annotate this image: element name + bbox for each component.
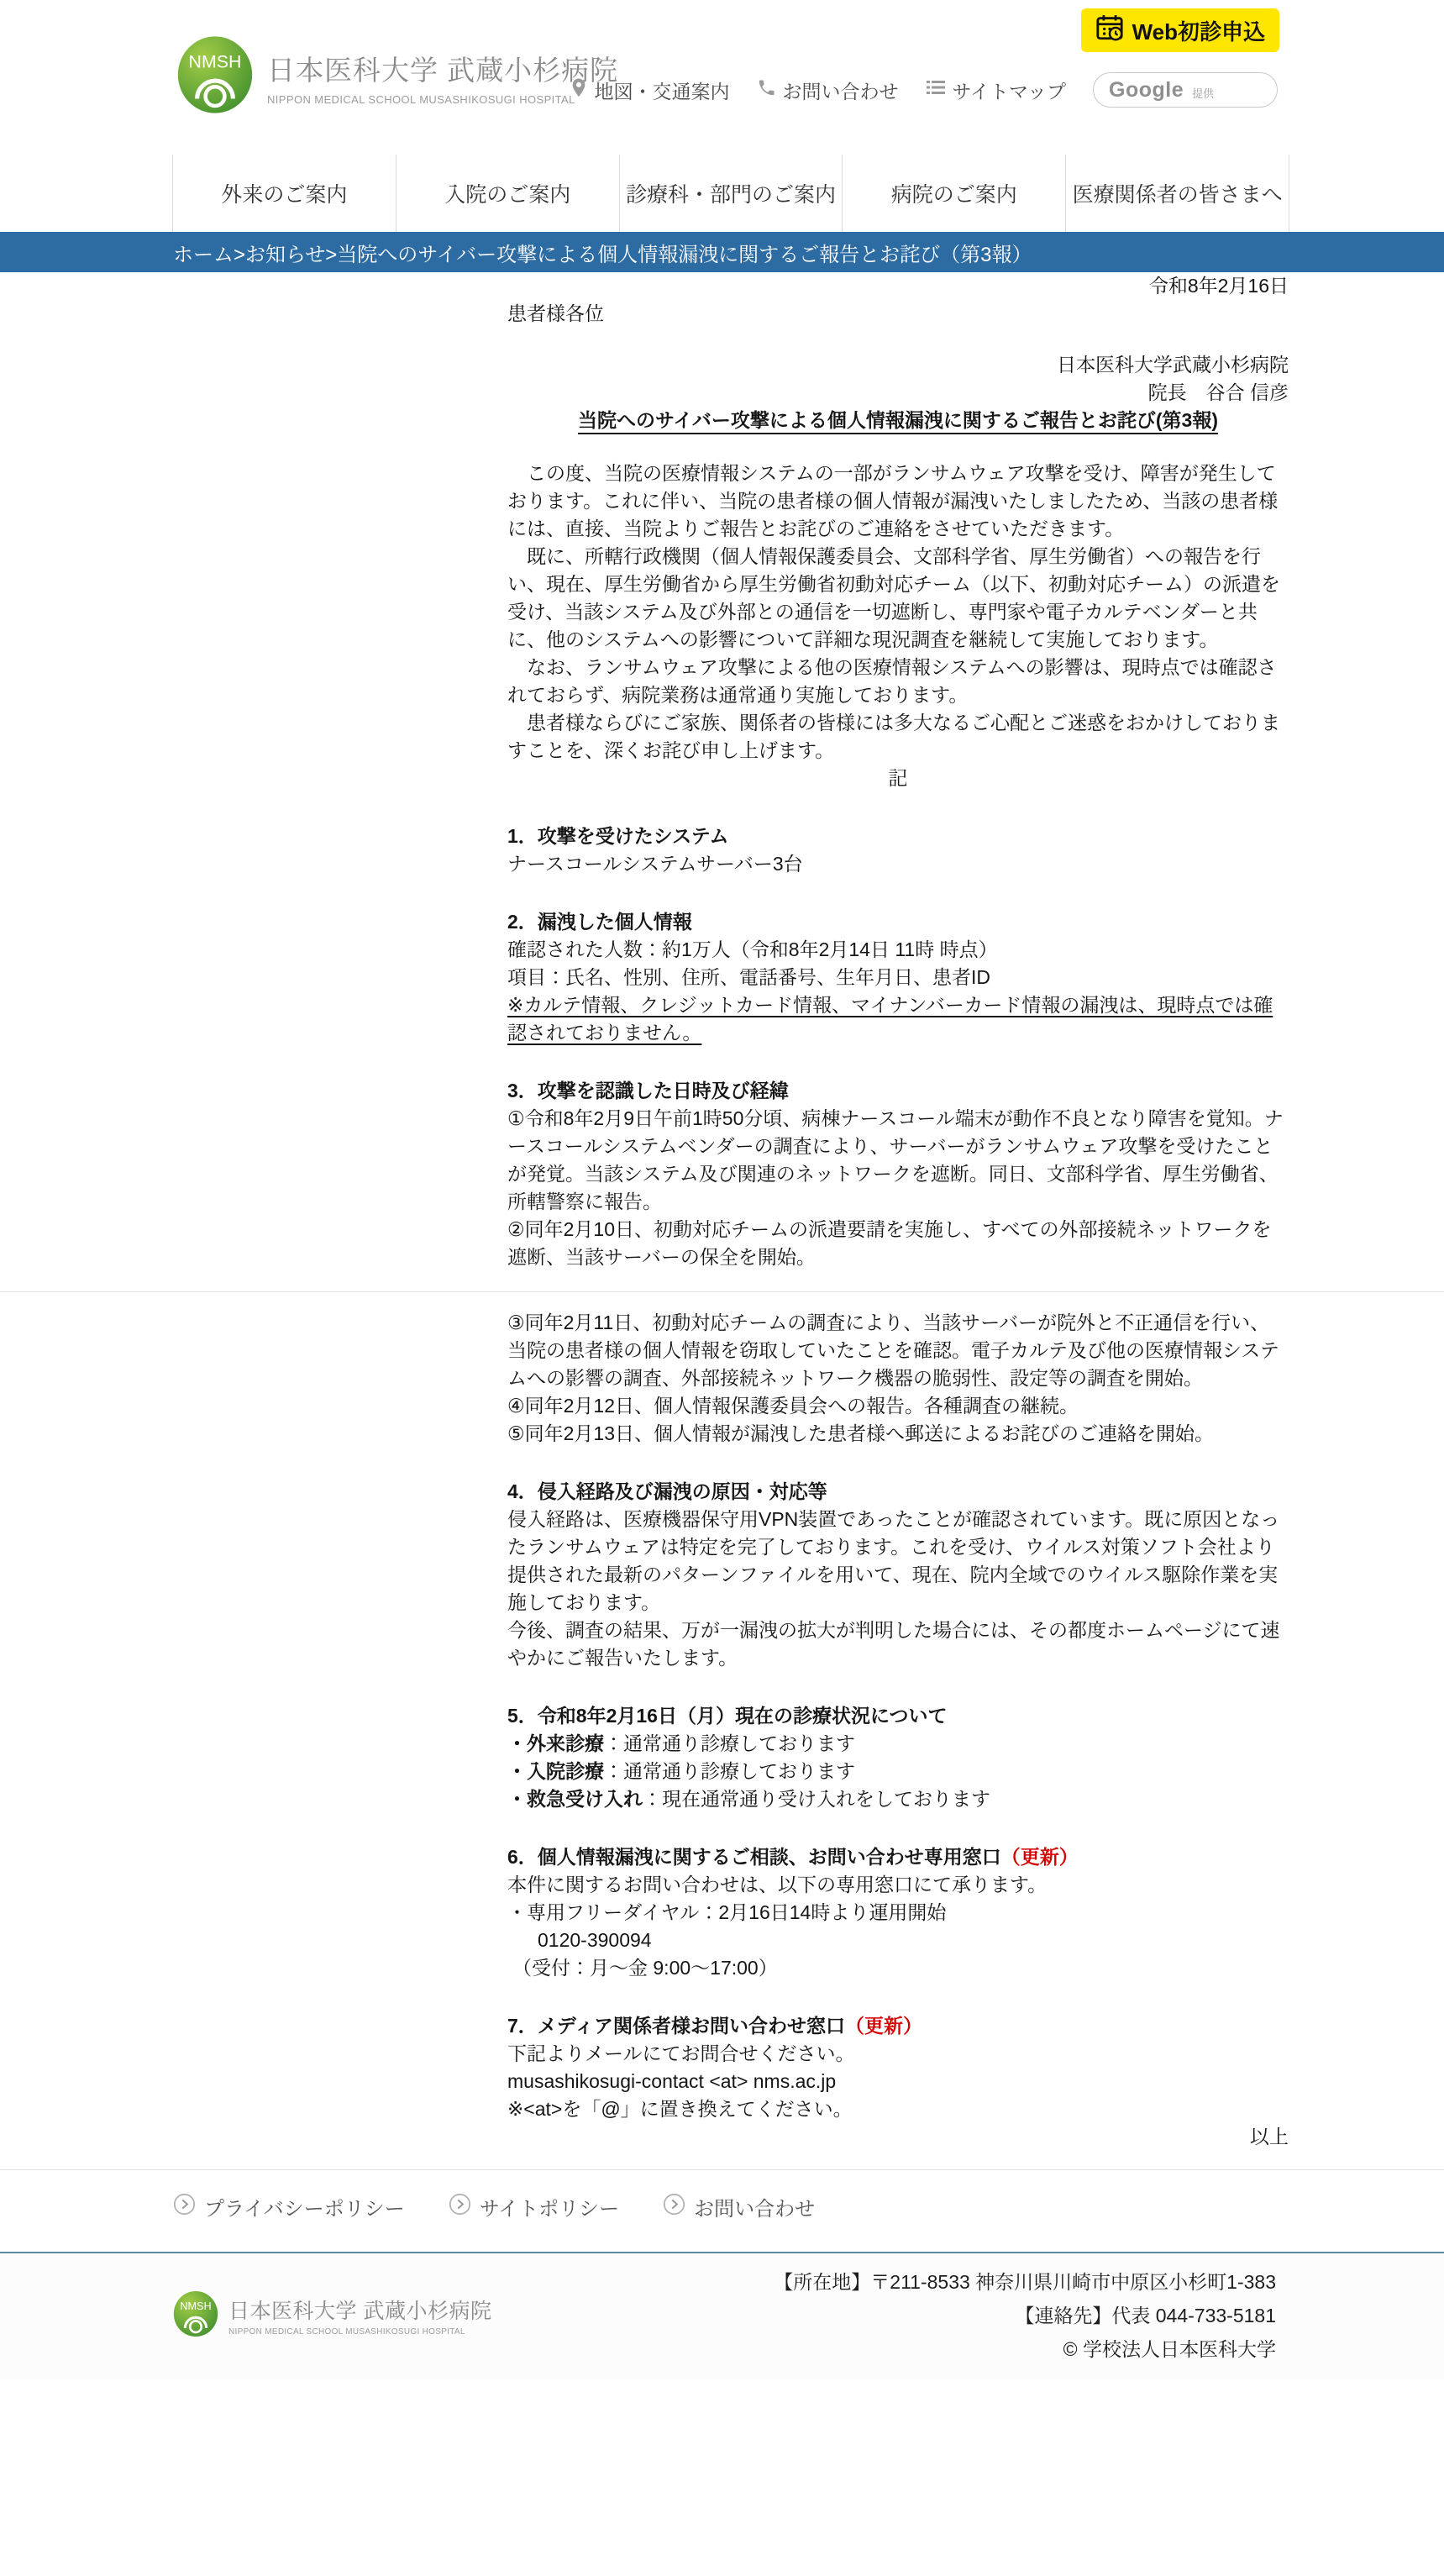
notice-document: 令和8年2月16日 患者様各位 日本医科大学武蔵小杉病院 院長 谷合 信彦 当院… [507,272,1289,1271]
nav-item-medical-professionals[interactable]: 医療関係者の皆さまへ [1065,155,1289,232]
leak-note-underlined: ※カルテ情報、クレジットカード情報、マイナンバーカード情報の漏洩は、現時点では確… [507,991,1289,1047]
footer-link-site-policy[interactable]: サイトポリシー [449,2192,619,2221]
chevron-circle-icon [173,2193,196,2221]
map-pin-icon [570,77,588,103]
list-icon [926,78,946,102]
site-header: NMSH 日本医科大学 武蔵小杉病院 NIPPON MEDICAL SCHOOL… [0,0,1444,155]
nav-item-hospital-info[interactable]: 病院のご案内 [842,155,1065,232]
web-reservation-label: Web初診申込 [1132,15,1265,46]
chevron-circle-icon [663,2193,685,2221]
footer-link-privacy[interactable]: プライバシーポリシー [173,2192,405,2221]
doc-sender-name: 院長 谷合 信彦 [507,379,1289,407]
phone-icon [757,78,776,103]
toll-free-number: 0120-390094 [507,1927,1289,1954]
footer-phone: 【連絡先】代表 044-733-5181 [774,2299,1276,2332]
section-3-heading: 3．攻撃を認識した日時及び経緯 [507,1077,1289,1105]
nav-item-outpatient[interactable]: 外来のご案内 [172,155,396,232]
footer-hospital-name-en: NIPPON MEDICAL SCHOOL MUSASHIKOSUGI HOSP… [228,2327,491,2337]
footer-link-contact[interactable]: お問い合わせ [663,2192,815,2221]
footer-logo[interactable]: NMSH 日本医科大学 武蔵小杉病院 NIPPON MEDICAL SCHOOL… [173,2290,491,2342]
doc-sender-org: 日本医科大学武蔵小杉病院 [507,351,1289,379]
footer-logo-icon: NMSH [173,2290,218,2342]
section-attacked-system: 1．攻撃を受けたシステム ナースコールシステムサーバー3台 [507,823,1289,878]
footer-links: プライバシーポリシー サイトポリシー お問い合わせ [0,2170,1444,2252]
google-search-box[interactable]: Google 提供 [1093,72,1278,108]
main-nav: 外来のご案内 入院のご案内 診療科・部門のご案内 病院のご案内 医療関係者の皆さ… [172,155,1289,232]
intro-paragraph: 既に、所轄行政機関（個人情報保護委員会、文部科学省、厚生労働省）への報告を行い、… [507,543,1289,654]
section-cause-response: 4．侵入経路及び漏洩の原因・対応等 侵入経路は、医療機器保守用VPN装置であった… [507,1478,1289,1672]
section-current-operations: 5．令和8年2月16日（月）現在の診療状況について ・外来診療：通常通り診療して… [507,1702,1289,1813]
nav-item-departments[interactable]: 診療科・部門のご案内 [619,155,843,232]
timeline-item-1: ①令和8年2月9日午前1時50分頃、病棟ナースコール端末が動作不良となり障害を覚… [507,1105,1289,1216]
doc-closing: 以上 [507,2123,1289,2151]
section-5-heading: 5．令和8年2月16日（月）現在の診療状況について [507,1702,1289,1730]
intro-paragraph: なお、ランサムウェア攻撃による他の医療情報システムへの影響は、現時点では確認され… [507,654,1289,709]
hospital-logo[interactable]: NMSH 日本医科大学 武蔵小杉病院 NIPPON MEDICAL SCHOOL… [176,35,618,118]
logo-badge-text: NMSH [189,51,242,71]
quick-link-access[interactable]: 地図・交通案内 [570,76,730,104]
doc-intro: この度、当院の医療情報システムの一部がランサムウェア攻撃を受け、障害が発生してお… [507,460,1289,765]
chevron-circle-icon [449,2193,471,2221]
update-badge: （更新） [845,2015,922,2037]
timeline-item-4: ④同年2月12日、個人情報保護委員会への報告。各種調査の継続。 [507,1392,1289,1420]
section-7-heading: 7．メディア関係者様お問い合わせ窓口（更新） [507,2012,1289,2040]
hospital-name: 日本医科大学 武蔵小杉病院 [267,49,618,88]
calendar-clock-icon [1095,13,1124,48]
section-timeline: 3．攻撃を認識した日時及び経緯 ①令和8年2月9日午前1時50分頃、病棟ナースコ… [507,1077,1289,1271]
ki-marker: 記 [507,765,1289,792]
section-2-heading: 2．漏洩した個人情報 [507,908,1289,936]
web-reservation-button[interactable]: Web初診申込 [1081,8,1279,52]
site-footer: NMSH 日本医科大学 武蔵小杉病院 NIPPON MEDICAL SCHOOL… [0,2252,1444,2379]
doc-title: 当院へのサイバー攻撃による個人情報漏洩に関するご報告とお詫び(第3報) [507,407,1289,434]
google-provided-label: 提供 [1192,80,1214,101]
section-4-heading: 4．侵入経路及び漏洩の原因・対応等 [507,1478,1289,1506]
timeline-item-3: ③同年2月11日、初動対応チームの調査により、当該サーバーが院外と不正通信を行い… [507,1309,1289,1392]
intro-paragraph: この度、当院の医療情報システムの一部がランサムウェア攻撃を受け、障害が発生してお… [507,460,1289,543]
nav-item-admission[interactable]: 入院のご案内 [396,155,619,232]
section-leaked-info: 2．漏洩した個人情報 確認された人数：約1万人（令和8年2月14日 11時 時点… [507,908,1289,1047]
section-1-heading: 1．攻撃を受けたシステム [507,823,1289,850]
reception-hours: （受付：月～金 9:00～17:00） [507,1954,1289,1982]
section-inquiry-desk: 6．個人情報漏洩に関するご相談、お問い合わせ専用窓口（更新） 本件に関するお問い… [507,1843,1289,1982]
doc-date: 令和8年2月16日 [507,272,1289,300]
footer-logo-badge-text: NMSH [180,2300,211,2311]
quick-link-contact[interactable]: お問い合わせ [757,76,899,104]
timeline-item-5: ⑤同年2月13日、個人情報が漏洩した患者様へ郵送によるお詫びのご連絡を開始。 [507,1420,1289,1448]
quick-link-sitemap[interactable]: サイトマップ [926,76,1066,104]
footer-hospital-name: 日本医科大学 武蔵小杉病院 [228,2295,491,2325]
update-badge: （更新） [1001,1846,1079,1868]
section-media-inquiry: 7．メディア関係者様お問い合わせ窓口（更新） 下記よりメールにてお問合せください… [507,2012,1289,2123]
contact-email: musashikosugi-contact <at> nms.ac.jp [507,2068,1289,2095]
intro-paragraph: 患者様ならびにご家族、関係者の皆様には多大なるご心配とご迷惑をおかけしております… [507,709,1289,765]
breadcrumb[interactable]: ホーム>お知らせ>当院へのサイバー攻撃による個人情報漏洩に関するご報告とお詫び（… [0,232,1444,272]
footer-address: 【所在地】〒211-8533 神奈川県川崎市中原区小杉町1-383 [774,2265,1276,2299]
footer-copyright: © 学校法人日本医科大学 [774,2332,1276,2366]
hospital-name-en: NIPPON MEDICAL SCHOOL MUSASHIKOSUGI HOSP… [267,93,618,106]
doc-salutation: 患者様各位 [507,300,1289,328]
header-quick-links: 地図・交通案内 お問い合わせ サイトマップ [570,72,1278,108]
timeline-item-2: ②同年2月10日、初動対応チームの派遣要請を実施し、すべての外部接続ネットワーク… [507,1216,1289,1271]
page-seam [0,1291,1444,1292]
section-6-heading: 6．個人情報漏洩に関するご相談、お問い合わせ専用窓口（更新） [507,1843,1289,1871]
hospital-logo-icon: NMSH [176,35,254,118]
notice-document-continued: ③同年2月11日、初動対応チームの調査により、当該サーバーが院外と不正通信を行い… [507,1309,1289,2151]
google-logo: Google [1109,78,1184,103]
